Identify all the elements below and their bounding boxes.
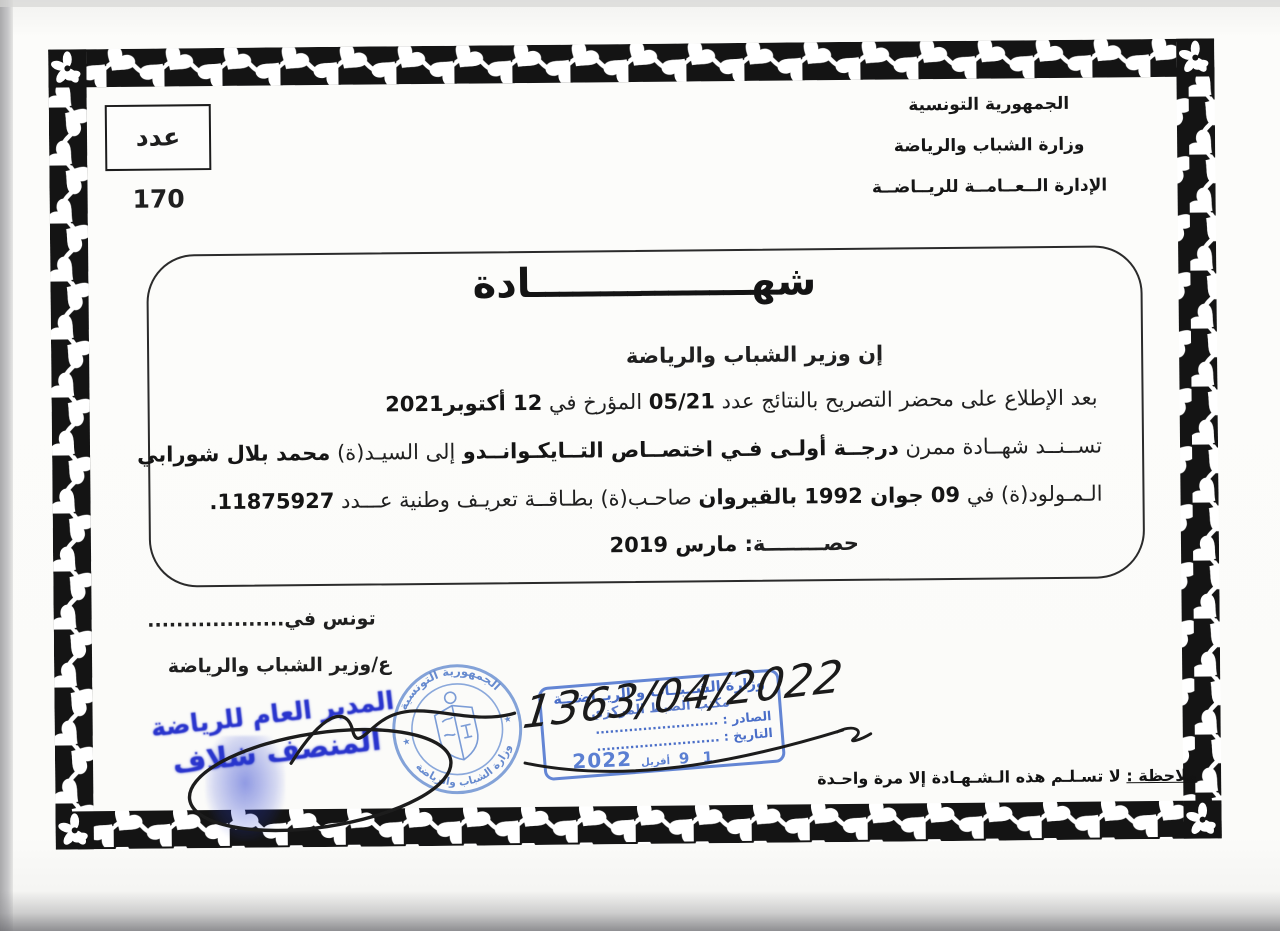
- one-time-delivery-note: ملاحظة : لا تسـلـم هذه الـشـهـادة إلا مر…: [843, 766, 1197, 788]
- certificate-body-box: شهــــــــــــــــادة إن وزير الشباب وال…: [146, 245, 1145, 588]
- ref-date: 12 أكتوبر2021: [385, 391, 542, 417]
- certificate-sheet: عدد 170 الجمهورية التونسية وزارة الشباب …: [48, 38, 1222, 849]
- date-stamp-month: أفريل: [641, 756, 670, 768]
- certificate-session-line: حصــــــــة: مارس 2019: [609, 531, 859, 557]
- certificate-intro-line: إن وزير الشباب والرياضة: [626, 342, 883, 368]
- scan-top-edge: [0, 0, 1280, 7]
- grant-degree-specialty: درجــة أولـى فـي اختصــاص التــايكـوانــ…: [455, 435, 899, 463]
- recipient-name: محمد بلال شورابي: [137, 441, 330, 467]
- blue-ink-blot: [205, 735, 286, 841]
- certificate-number-box: عدد 170: [105, 104, 212, 171]
- date-stamp-year: 2022: [572, 747, 633, 774]
- session-value: مارس 2019: [609, 532, 737, 557]
- born-text: الـمـولود(ة) في: [960, 482, 1103, 507]
- seal-star-right-icon: ★: [503, 714, 513, 726]
- ref-number: 05/21: [649, 389, 715, 414]
- header-ministry: وزارة الشباب والرياضة: [819, 124, 1159, 168]
- session-label: حصــــــــة:: [737, 531, 859, 556]
- certificate-title: شهــــــــــــــــادة: [148, 255, 1140, 311]
- scan-bottom-shadow: [0, 891, 1280, 931]
- scan-edge-strip: [0, 0, 13, 931]
- scanned-page: عدد 170 الجمهورية التونسية وزارة الشباب …: [0, 0, 1280, 931]
- ref-text: بعد الإطلاع على محضر التصريح بالنتائج عد…: [715, 386, 1098, 414]
- grant-text: تســنــد شهــادة ممرن: [899, 434, 1103, 460]
- round-official-seal: الجمهورية التونسية وزارة الشباب والرياضة…: [371, 643, 544, 816]
- id-number: 11875927.: [209, 489, 334, 514]
- tunis-date-line: تونس في...................: [134, 607, 376, 631]
- header-republic: الجمهورية التونسية: [819, 83, 1159, 127]
- ref-dated: المؤرخ في: [542, 390, 649, 415]
- note-text: لا تسـلـم هذه الـشـهـادة إلا مرة واحـدة: [817, 766, 1126, 788]
- certificate-reference-line: بعد الإطلاع على محضر التصريح بالنتائج عد…: [385, 386, 1098, 417]
- note-label: ملاحظة :: [1126, 766, 1197, 786]
- certificate-birth-line: الـمـولود(ة) في 09 جوان 1992 بالقيروان ص…: [209, 482, 1102, 515]
- seal-star-left-icon: ★: [402, 737, 412, 749]
- id-card-text: صاحـب(ة) بطـاقــة تعريـف وطنية عـــدد: [334, 485, 698, 512]
- seal-emblem-icon: [430, 688, 482, 764]
- date-stamp-day: 1 9: [679, 748, 718, 768]
- header-administration: الإدارة الــعــامــة للريــاضــة: [819, 165, 1159, 209]
- intro-text: إن وزير الشباب والرياضة: [626, 342, 883, 368]
- ministry-header: الجمهورية التونسية وزارة الشباب والرياضة…: [819, 83, 1160, 209]
- grant-to: إلى السيـد(ة): [330, 440, 455, 465]
- on-behalf-minister-line: ع/وزير الشباب والرياضة: [154, 653, 391, 677]
- date-stamp: 1 9 أفريل 2022: [572, 743, 718, 773]
- birth-date-place: 09 جوان 1992 بالقيروان: [698, 483, 960, 510]
- certificate-number: عدد 170: [132, 122, 184, 213]
- certificate-grant-line: تســنــد شهــادة ممرن درجــة أولـى فـي ا…: [137, 434, 1102, 467]
